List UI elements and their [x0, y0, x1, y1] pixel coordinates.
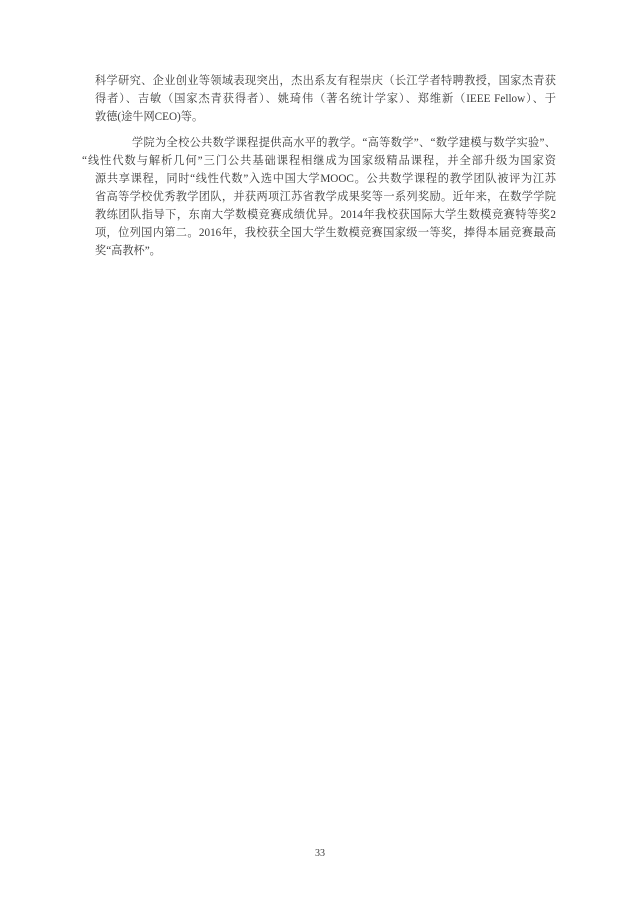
text-line: 敦德(途牛网CEO)等。 — [95, 108, 556, 126]
text-line: 项，位列国内第二。2016年，我校获全国大学生数模竞赛国家级一等奖，捧得本届竞赛… — [95, 224, 556, 242]
text-line: 学院为全校公共数学课程提供高水平的教学。“高等数学”、“数学建模与数学实验”、 — [95, 134, 556, 152]
body-text: 科学研究、企业创业等领域表现突出，杰出系友有程崇庆（长江学者特聘教授，国家杰青获… — [95, 72, 556, 260]
paragraph: 学院为全校公共数学课程提供高水平的教学。“高等数学”、“数学建模与数学实验”、“… — [95, 134, 556, 260]
text-line: 得者）、吉敏（国家杰青获得者）、姚琦伟（著名统计学家）、郑维新（IEEE Fel… — [95, 90, 556, 108]
paragraph: 科学研究、企业创业等领域表现突出，杰出系友有程崇庆（长江学者特聘教授，国家杰青获… — [95, 72, 556, 126]
text-line: 教练团队指导下，东南大学数模竞赛成绩优异。2014年我校获国际大学生数模竞赛特等… — [95, 206, 556, 224]
page-number: 33 — [0, 848, 640, 859]
text-line: “线性代数与解析几何”三门公共基础课程相继成为国家级精品课程，并全部升级为国家资 — [95, 152, 556, 170]
text-line: 省高等学校优秀教学团队，并获两项江苏省教学成果奖等一系列奖励。近年来，在数学学院 — [95, 188, 556, 206]
text-line: 源共享课程，同时“线性代数”入选中国大学MOOC。公共数学课程的教学团队被评为江… — [95, 170, 556, 188]
text-line: 科学研究、企业创业等领域表现突出，杰出系友有程崇庆（长江学者特聘教授，国家杰青获 — [95, 72, 556, 90]
document-page: 科学研究、企业创业等领域表现突出，杰出系友有程崇庆（长江学者特聘教授，国家杰青获… — [0, 0, 640, 905]
text-line: 奖“高教杯”。 — [95, 242, 556, 260]
